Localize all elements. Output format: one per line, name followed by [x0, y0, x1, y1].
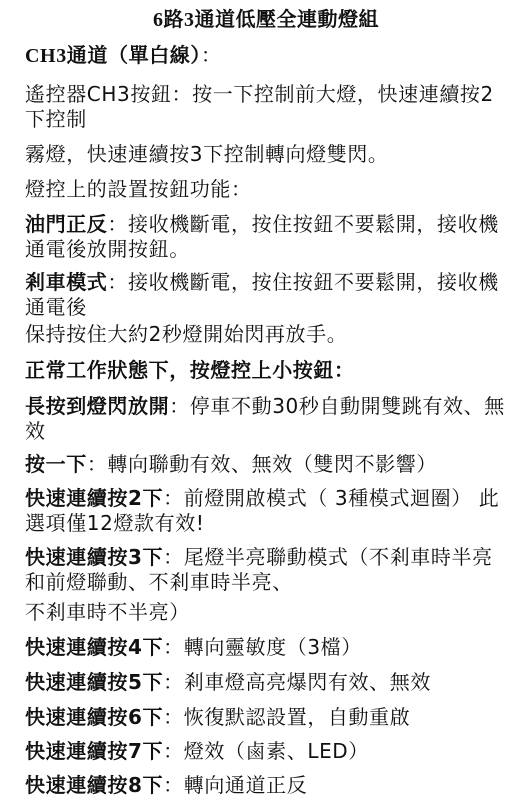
text: ：轉向靈敏度（3檔） — [163, 635, 362, 659]
paragraph-press-7: 快速連續按7下：燈效（鹵素、LED） — [25, 739, 505, 764]
bold-label: 快速連續按7下 — [25, 739, 163, 763]
paragraph-press-5: 快速連續按5下：剎車燈高亮爆閃有效、無效 — [25, 670, 505, 695]
bold-label: 快速連續按4下 — [25, 635, 163, 659]
document-title: 6路3通道低壓全連動燈組 — [0, 6, 532, 34]
bold-label: 剎車模式 — [25, 270, 107, 294]
text: 保持按住大約2秒燈開始閃再放手。 — [25, 322, 347, 346]
text: ：剎車燈高亮爆閃有效、無效 — [163, 670, 431, 694]
bold-label: 正常工作狀態下，按燈控上小按鈕： — [25, 358, 355, 382]
text: 遙控器CH3按鈕：按一下控制前大燈，快速連續按2下控制 — [25, 82, 494, 131]
paragraph-fog-light: 霧燈，快速連續按3下控制轉向燈雙閃。 — [25, 142, 505, 167]
text: ：轉向通道正反 — [163, 773, 307, 797]
paragraph-press-6: 快速連續按6下：恢復默認設置，自動重啟 — [25, 705, 505, 730]
paragraph-settings-intro: 燈控上的設置按鈕功能： — [25, 177, 505, 202]
text: ：轉向聯動有效、無效（雙閃不影響） — [87, 452, 437, 476]
text: 燈控上的設置按鈕功能： — [25, 177, 252, 201]
bold-label: 油門正反 — [25, 212, 107, 236]
paragraph-hold-2s: 保持按住大約2秒燈開始閃再放手。 — [25, 322, 505, 347]
bold-label: CH3通道（單白線） — [25, 45, 201, 67]
paragraph-press-8: 快速連續按8下：轉向通道正反 — [25, 773, 505, 798]
paragraph-press-3: 快速連續按3下：尾燈半亮聯動模式（不剎車時半亮和前燈聯動、不剎車時半亮、 — [25, 545, 505, 595]
section-heading-ch3: CH3通道（單白線）： — [25, 44, 505, 69]
paragraph-press-2: 快速連續按2下：前燈開啟模式（ 3種模式迴圈） 此選項僅12燈款有效! — [25, 486, 505, 536]
section-heading-normal-state: 正常工作狀態下，按燈控上小按鈕： — [25, 358, 505, 383]
paragraph-long-press: 長按到燈閃放開：停車不動30秒自動開雙跳有效、無效 — [25, 394, 505, 444]
text: ： — [201, 45, 222, 67]
paragraph-brake-mode: 剎車模式：接收機斷電，按住按鈕不要鬆開，接收機通電後 — [25, 270, 505, 320]
paragraph-press-once: 按一下：轉向聯動有效、無效（雙閃不影響） — [25, 452, 505, 477]
bold-label: 長按到燈閃放開 — [25, 394, 169, 418]
bold-label: 快速連續按8下 — [25, 773, 163, 797]
paragraph-press-3-cont: 不剎車時不半亮） — [25, 600, 505, 625]
paragraph-press-4: 快速連續按4下：轉向靈敏度（3檔） — [25, 635, 505, 660]
paragraph-remote-ch3: 遙控器CH3按鈕：按一下控制前大燈，快速連續按2下控制 — [25, 82, 505, 132]
bold-label: 快速連續按6下 — [25, 705, 163, 729]
text: ：燈效（鹵素、LED） — [163, 739, 369, 763]
bold-label: 快速連續按3下 — [25, 545, 163, 569]
document-page: 6路3通道低壓全連動燈組 CH3通道（單白線）： 遙控器CH3按鈕：按一下控制前… — [0, 0, 532, 800]
bold-label: 按一下 — [25, 452, 87, 476]
paragraph-throttle-reverse: 油門正反：接收機斷電，按住按鈕不要鬆開，接收機通電後放開按鈕。 — [25, 212, 505, 262]
bold-label: 快速連續按5下 — [25, 670, 163, 694]
text: 霧燈，快速連續按3下控制轉向燈雙閃。 — [25, 142, 389, 166]
text: 不剎車時不半亮） — [25, 600, 190, 624]
bold-label: 快速連續按2下 — [25, 486, 163, 510]
text: ：恢復默認設置，自動重啟 — [163, 705, 410, 729]
